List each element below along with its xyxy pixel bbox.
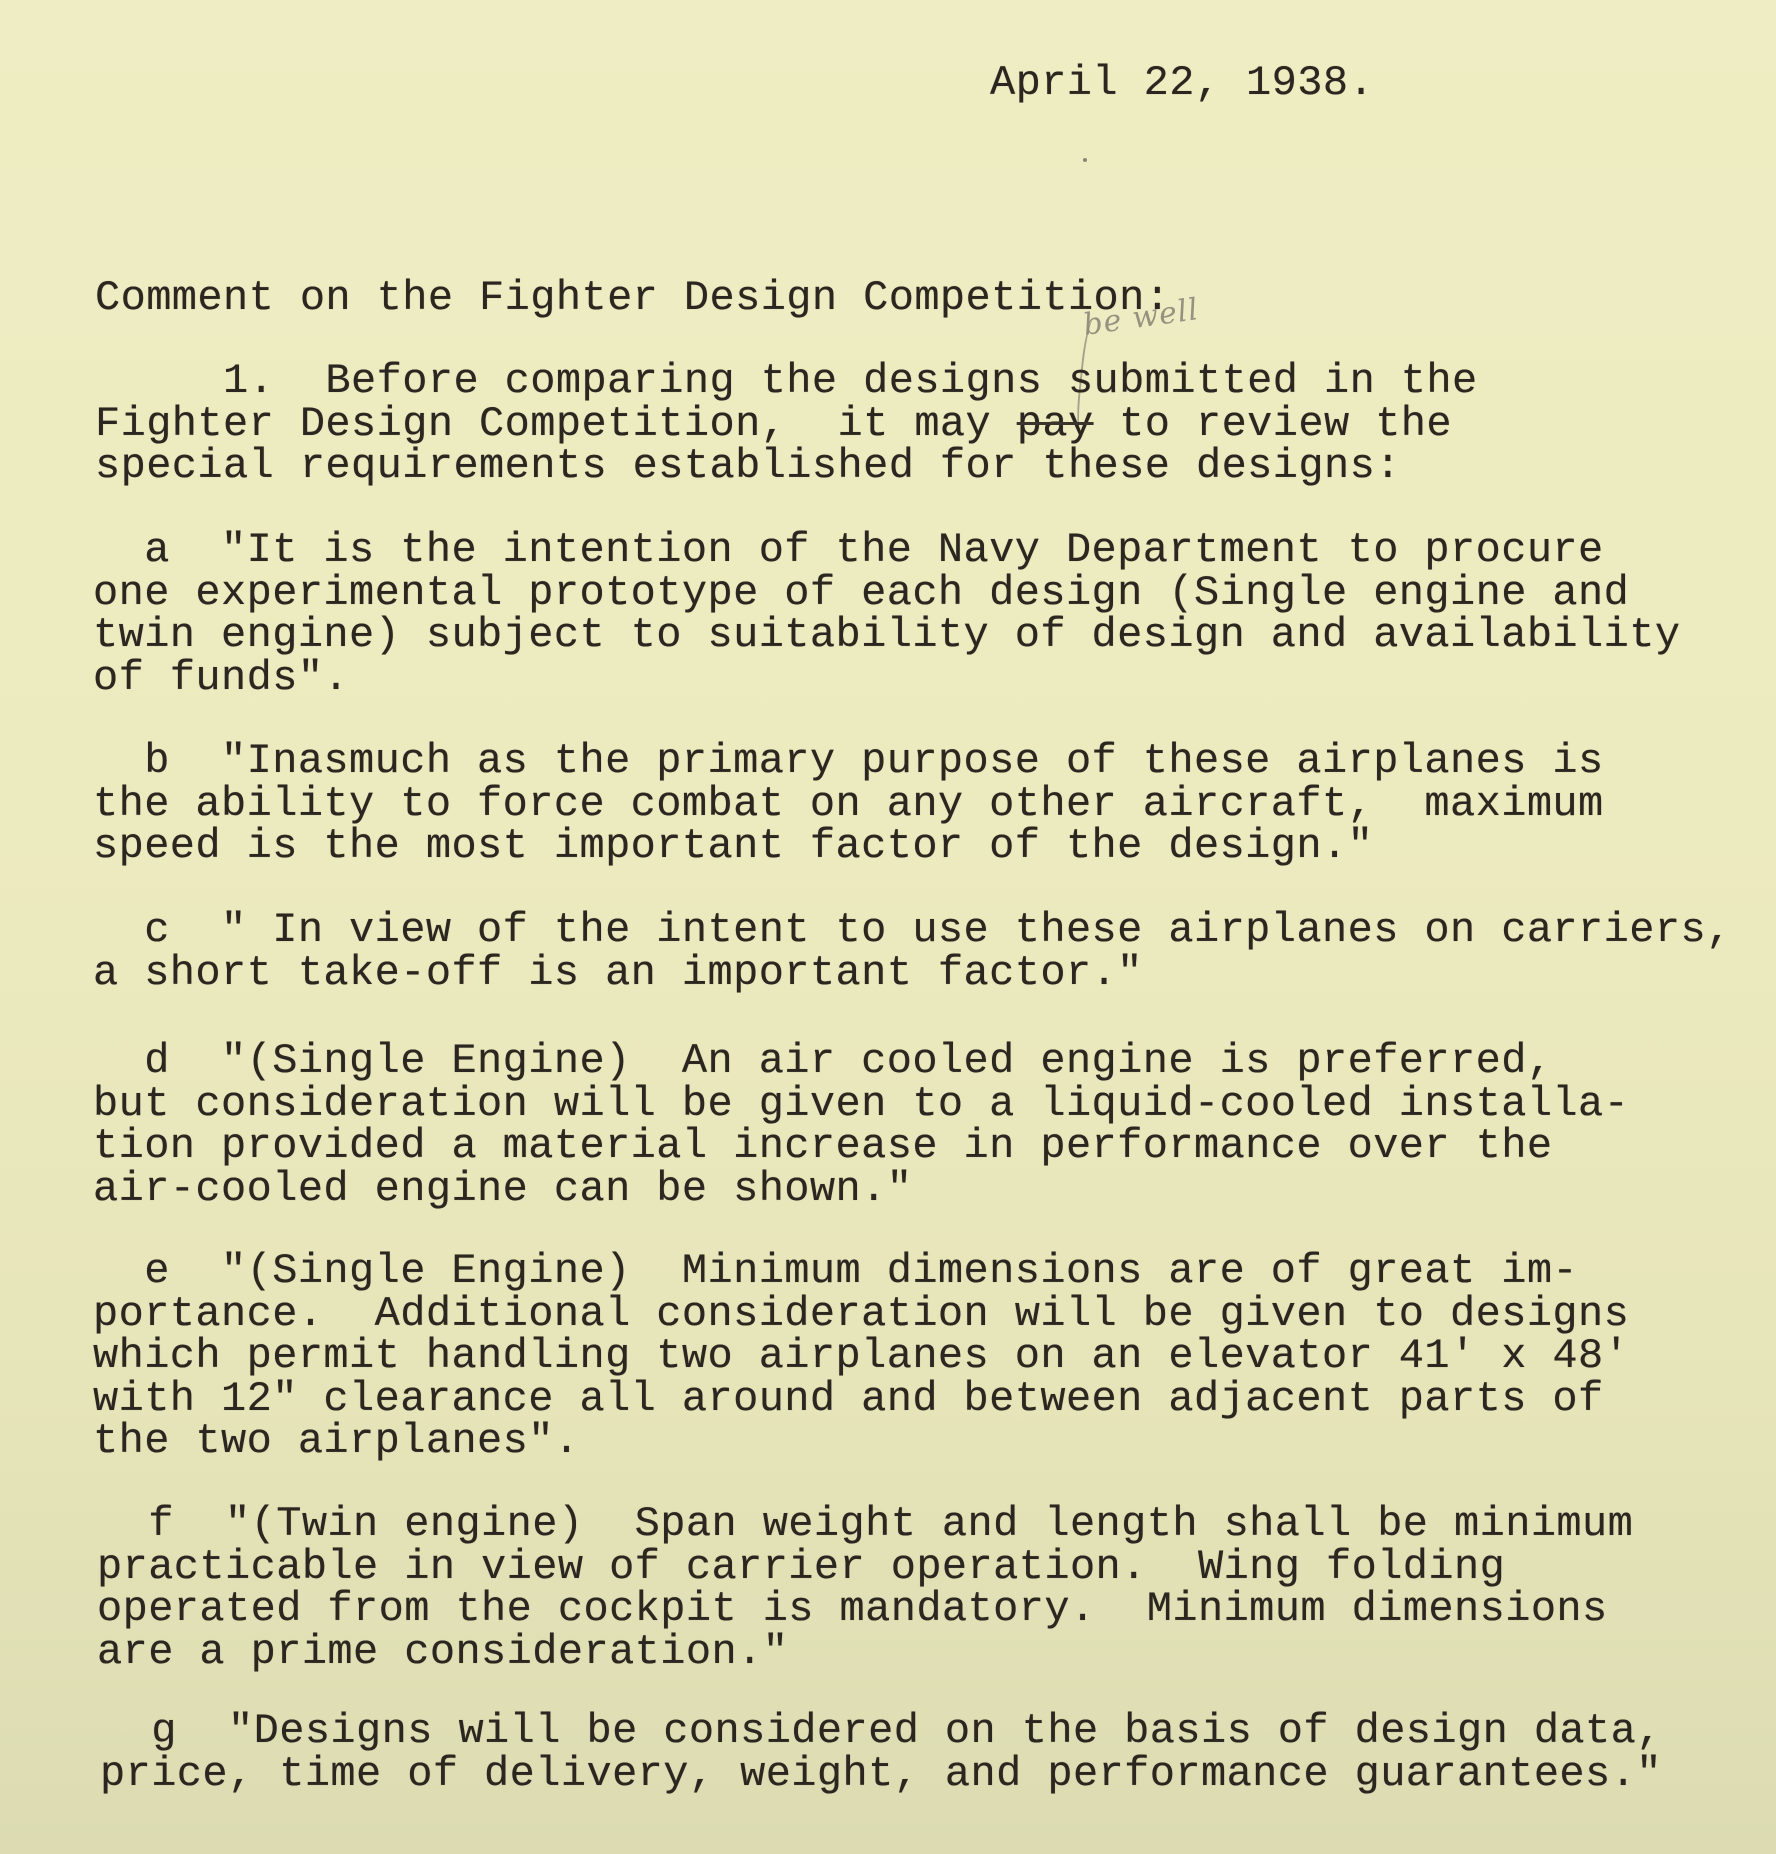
requirement-b: b "Inasmuch as the primary purpose of th…: [93, 740, 1604, 868]
typewritten-memo-page: April 22, 1938. Comment on the Fighter D…: [0, 0, 1776, 1854]
paragraph-1-line-3: special requirements established for the…: [95, 442, 1401, 490]
paragraph-1: 1. Before comparing the designs submitte…: [95, 360, 1478, 488]
memo-heading: Comment on the Fighter Design Competitio…: [95, 277, 1170, 319]
requirement-g: g "Designs will be considered on the bas…: [100, 1710, 1662, 1795]
requirement-c: c " In view of the intent to use these a…: [93, 909, 1732, 994]
memo-date: April 22, 1938.: [990, 62, 1374, 104]
paragraph-1-line-1: 1. Before comparing the designs submitte…: [95, 357, 1478, 405]
requirement-a: a "It is the intention of the Navy Depar…: [93, 529, 1680, 699]
paragraph-1-line-2-after: to review the: [1094, 400, 1452, 448]
requirement-d: d "(Single Engine) An air cooled engine …: [93, 1040, 1629, 1210]
requirement-f: f "(Twin engine) Span weight and length …: [97, 1503, 1633, 1673]
requirement-e: e "(Single Engine) Minimum dimensions ar…: [93, 1250, 1629, 1463]
paper-speck: [1083, 158, 1087, 162]
paragraph-1-line-2-before: Fighter Design Competition, it may: [95, 400, 1017, 448]
struck-word: pay: [1017, 400, 1094, 448]
